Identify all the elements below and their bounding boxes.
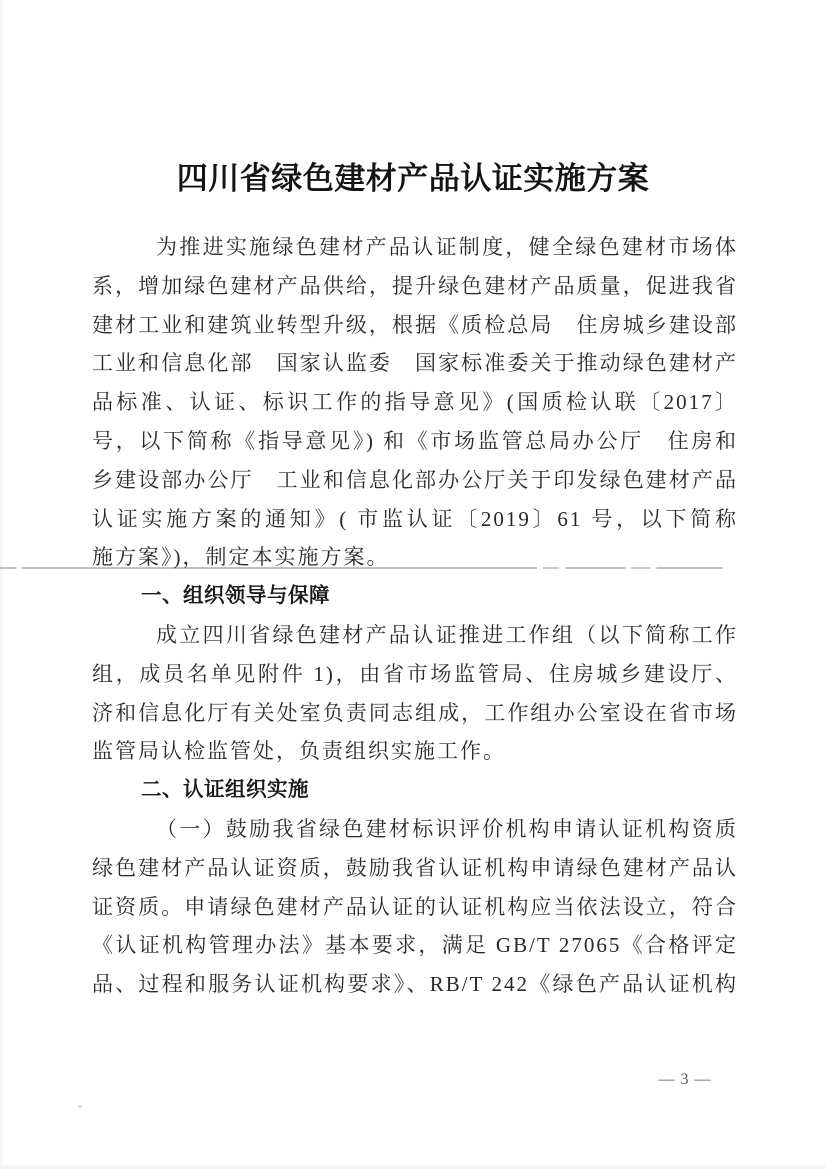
text-line: 系，增加绿色建材产品供给，提升绿色建材产品质量，促进我省	[92, 267, 738, 306]
text-line: 为推进实施绿色建材产品认证制度，健全绿色建材市场体	[92, 228, 738, 267]
text-line: 绿色建材产品认证资质，鼓励我省认证机构申请绿色建材产品认	[92, 849, 738, 888]
scan-edge-bottom	[0, 1164, 826, 1169]
text-line: 建材工业和建筑业转型升级，根据《质检总局 住房城乡建设部	[92, 306, 738, 345]
text-line: 认证实施方案的通知》( 市监认证〔2019〕61 号，以下简称《实	[92, 500, 738, 539]
text-line: 施方案》)，制定本实施方案。	[92, 538, 738, 577]
text-line: （一）鼓励我省绿色建材标识评价机构申请认证机构资质及	[92, 810, 738, 849]
section-heading-2: 二、认证组织实施	[92, 771, 738, 810]
text-line: 组，成员名单见附件 1)，由省市场监管局、住房城乡建设厅、经	[92, 655, 738, 694]
text-line: 号，以下简称《指导意见》) 和《市场监管总局办公厅 住房和城	[92, 422, 738, 461]
document-body: 为推进实施绿色建材产品认证制度，健全绿色建材市场体 系，增加绿色建材产品供给，提…	[92, 228, 738, 1004]
text-line: 成立四川省绿色建材产品认证推进工作组（以下简称工作	[92, 616, 738, 655]
text-line: 证资质。申请绿色建材产品认证的认证机构应当依法设立，符合	[92, 888, 738, 927]
page-number: — 3 —	[645, 1069, 725, 1091]
text-line: 工业和信息化部 国家认监委 国家标准委关于推动绿色建材产	[92, 344, 738, 383]
text-line: 品标准、认证、标识工作的指导意见》(国质检认联〔2017〕544	[92, 383, 738, 422]
section-heading-1: 一、组织领导与保障	[92, 577, 738, 616]
text-line: 《认证机构管理办法》基本要求，满足 GB/T 27065《合格评定产	[92, 926, 738, 965]
text-line: 监管局认检监管处，负责组织实施工作。	[92, 732, 738, 771]
text-line: 济和信息化厅有关处室负责同志组成，工作组办公室设在省市场	[92, 694, 738, 733]
scan-speck	[78, 1105, 82, 1108]
document-title: 四川省绿色建材产品认证实施方案	[0, 160, 826, 198]
text-line: 乡建设部办公厅 工业和信息化部办公厅关于印发绿色建材产品	[92, 461, 738, 500]
text-line: 品、过程和服务认证机构要求》、RB/T 242《绿色产品认证机构要	[92, 965, 738, 1004]
